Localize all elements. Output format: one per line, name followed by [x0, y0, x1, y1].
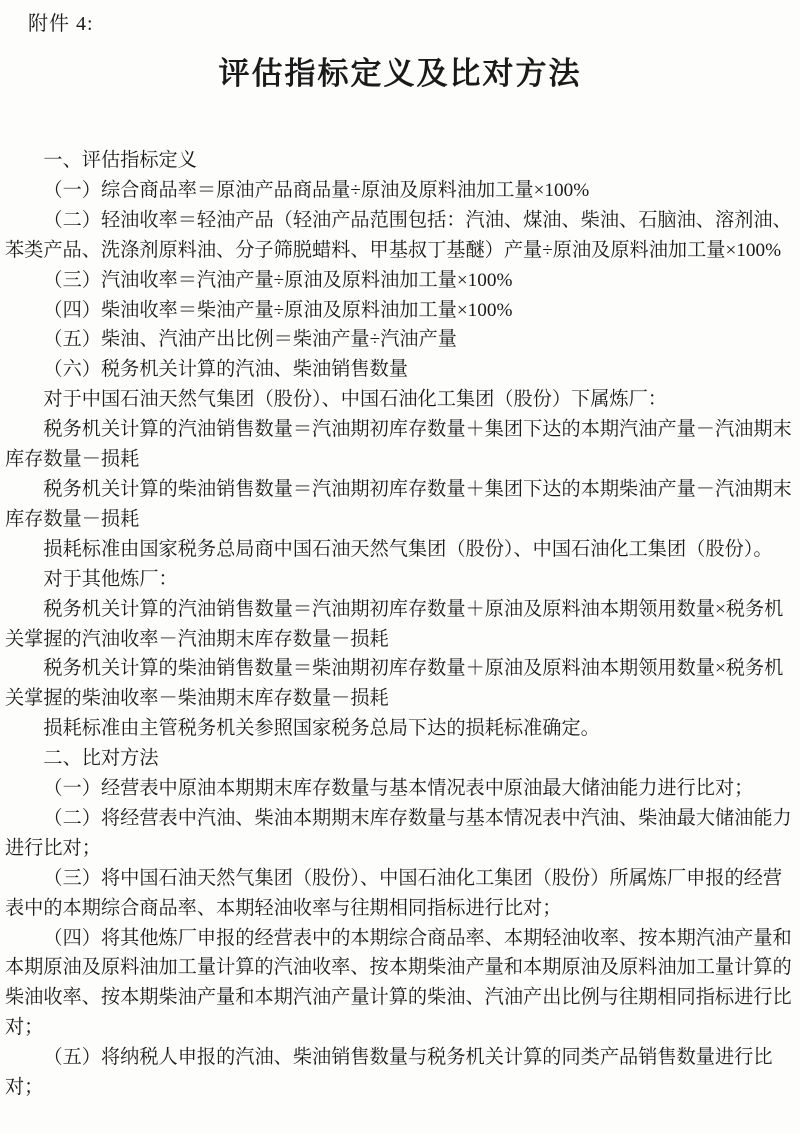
paragraph-other-refineries: 对于其他炼厂：	[5, 565, 795, 595]
paragraph-formula-gasoline-other: 税务机关计算的汽油销售数量＝汽油期初库存数量＋原油及原料油本期领用数量×税务机关…	[5, 595, 795, 655]
paragraph-def-5: （五）柴油、汽油产出比例＝柴油产量÷汽油产量	[5, 325, 795, 355]
section-heading-comparison: 二、比对方法	[5, 744, 795, 774]
paragraph-formula-gasoline-group: 税务机关计算的汽油销售数量＝汽油期初库存数量＋集团下达的本期汽油产量－汽油期末库…	[5, 415, 795, 475]
paragraph-formula-diesel-group: 税务机关计算的柴油销售数量＝汽油期初库存数量＋集团下达的本期柴油产量－汽油期末库…	[5, 475, 795, 535]
page-title: 评估指标定义及比对方法	[0, 54, 800, 94]
paragraph-def-6: （六）税务机关计算的汽油、柴油销售数量	[5, 355, 795, 385]
attachment-label: 附件 4:	[0, 0, 800, 38]
paragraph-formula-diesel-other: 税务机关计算的柴油销售数量＝柴油期初库存数量＋原油及原料油本期领用数量×税务机关…	[5, 654, 795, 714]
paragraph-cmp-4: （四）将其他炼厂申报的经营表中的本期综合商品率、本期轻油收率、按本期汽油产量和本…	[5, 924, 795, 1044]
paragraph-cmp-5: （五）将纳税人申报的汽油、柴油销售数量与税务机关计算的同类产品销售数量进行比对；	[5, 1043, 795, 1103]
paragraph-def-1: （一）综合商品率＝原油产品商品量÷原油及原料油加工量×100%	[5, 176, 795, 206]
document-page: 附件 4: 评估指标定义及比对方法 一、评估指标定义 （一）综合商品率＝原油产品…	[0, 0, 800, 1134]
paragraph-loss-standard-group: 损耗标准由国家税务总局商中国石油天然气集团（股份）、中国石油化工集团（股份）。	[5, 535, 795, 565]
paragraph-cmp-2: （二）将经营表中汽油、柴油本期期末库存数量与基本情况表中汽油、柴油最大储油能力进…	[5, 804, 795, 864]
paragraph-group-refineries: 对于中国石油天然气集团（股份）、中国石油化工集团（股份）下属炼厂：	[5, 385, 795, 415]
paragraph-def-2: （二）轻油收率＝轻油产品（轻油产品范围包括：汽油、煤油、柴油、石脑油、溶剂油、苯…	[5, 206, 795, 266]
paragraph-cmp-1: （一）经营表中原油本期期末库存数量与基本情况表中原油最大储油能力进行比对；	[5, 774, 795, 804]
paragraph-def-3: （三）汽油收率＝汽油产量÷原油及原料油加工量×100%	[5, 266, 795, 296]
paragraph-loss-standard-other: 损耗标准由主管税务机关参照国家税务总局下达的损耗标准确定。	[5, 714, 795, 744]
paragraph-cmp-3: （三）将中国石油天然气集团（股份）、中国石油化工集团（股份）所属炼厂申报的经营表…	[5, 864, 795, 924]
paragraph-def-4: （四）柴油收率＝柴油产量÷原油及原料油加工量×100%	[5, 296, 795, 326]
document-body: 一、评估指标定义 （一）综合商品率＝原油产品商品量÷原油及原料油加工量×100%…	[5, 146, 795, 1103]
section-heading-definitions: 一、评估指标定义	[5, 146, 795, 176]
